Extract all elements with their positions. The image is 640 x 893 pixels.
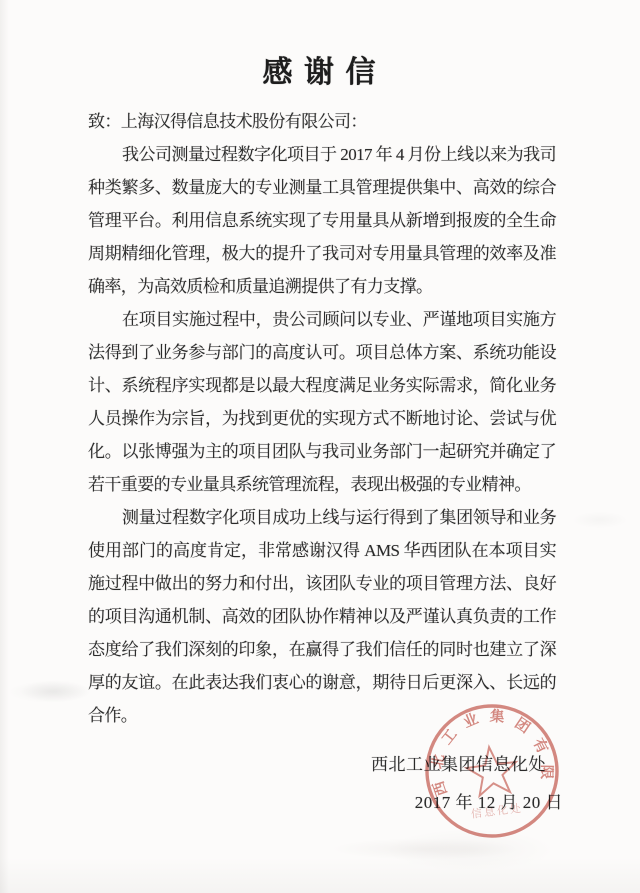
seal-star-icon: [465, 744, 520, 797]
letter-paragraph-2: 在项目实施过程中，贵公司顾问以专业、严谨地项目实施方法得到了业务参与部门的高度认…: [88, 303, 556, 501]
seal-arc-text: 西北工业集团有限公司: [412, 693, 558, 800]
letter-paragraph-3: 测量过程数字化项目成功上线与运行得到了集团领导和业务使用部门的高度肯定，非常感谢…: [88, 501, 556, 732]
letter-page: 感 谢 信 致：上海汉得信息技术股份有限公司： 我公司测量过程数字化项目于 20…: [0, 0, 640, 893]
letter-paragraph-1: 我公司测量过程数字化项目于 2017 年 4 月份上线以来为我司种类繁多、数量庞…: [88, 138, 556, 303]
svg-text:西北工业集团有限公司: 西北工业集团有限公司: [412, 693, 558, 800]
letter-body: 致：上海汉得信息技术股份有限公司： 我公司测量过程数字化项目于 2017 年 4…: [0, 91, 640, 732]
seal-bottom-text: 信息化处: [470, 801, 523, 821]
letter-title: 感 谢 信: [0, 0, 640, 91]
salutation: 致：上海汉得信息技术股份有限公司：: [88, 105, 556, 138]
official-seal: 西北工业集团有限公司 信息化处: [412, 693, 572, 850]
